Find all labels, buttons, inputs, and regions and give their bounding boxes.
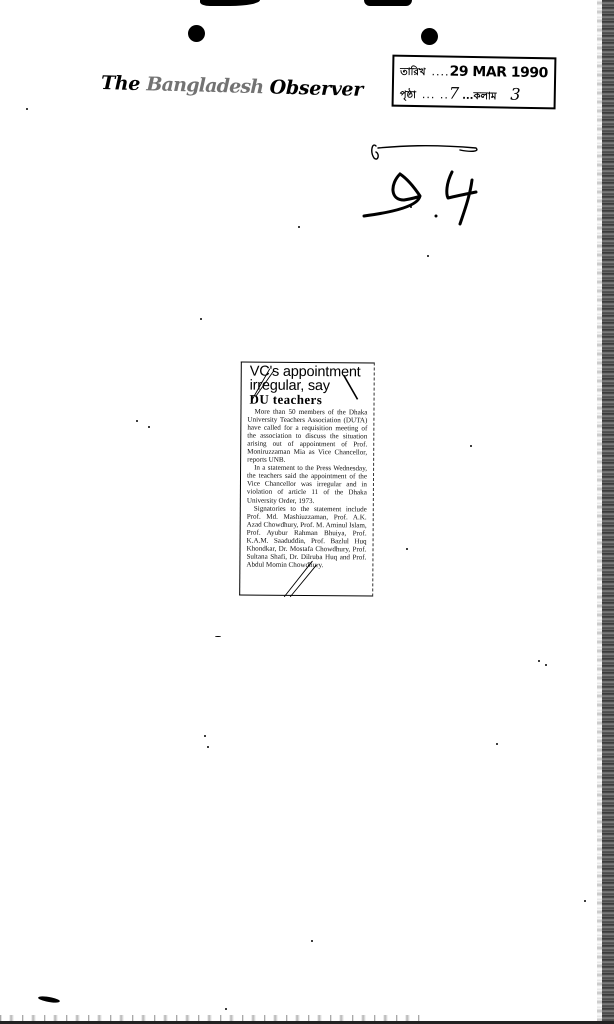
stamp-date-value: 29 MAR 1990 bbox=[449, 64, 548, 82]
scan-speck bbox=[538, 660, 540, 662]
news-clipping: VC's appointment irregular, say DU teach… bbox=[239, 362, 375, 597]
pen-strike-mark bbox=[282, 559, 318, 599]
scan-speck bbox=[584, 900, 586, 902]
stamp-column-label: ...কলাম bbox=[462, 91, 496, 103]
clipping-paragraph: In a statement to the Press Wednesday, t… bbox=[247, 464, 367, 505]
scan-speck bbox=[545, 664, 547, 666]
scan-speck bbox=[200, 318, 202, 320]
pen-strike-mark bbox=[250, 367, 278, 403]
scan-right-edge bbox=[602, 0, 614, 1024]
scan-speck bbox=[427, 255, 429, 257]
scanned-page: The Bangladesh Observer তারিখ....29 MAR … bbox=[0, 0, 614, 1024]
newspaper-masthead: The Bangladesh Observer bbox=[101, 72, 364, 101]
masthead-prefix: The bbox=[101, 72, 147, 95]
torn-top-edge bbox=[200, 0, 260, 6]
stamp-page-value: 7 bbox=[449, 84, 460, 103]
ink-smudge bbox=[38, 995, 61, 1004]
scan-speck bbox=[148, 426, 150, 428]
stamp-dots: ... .. bbox=[422, 88, 449, 101]
scan-speck bbox=[470, 445, 472, 447]
scan-speck bbox=[311, 940, 313, 942]
scan-speck bbox=[406, 548, 408, 550]
handwritten-number-94 bbox=[360, 140, 480, 230]
scan-speck bbox=[204, 735, 206, 737]
punch-hole bbox=[188, 25, 205, 42]
punch-hole bbox=[421, 28, 438, 45]
masthead-faded: Bangladesh bbox=[146, 73, 263, 98]
date-stamp: তারিখ....29 MAR 1990 পৃষ্ঠা... ..7...কলা… bbox=[392, 55, 557, 110]
stamp-column-value: 3 bbox=[510, 85, 521, 104]
scan-speck bbox=[26, 108, 28, 110]
stamp-page-row: পৃষ্ঠা... ..7...কলাম 3 bbox=[400, 83, 521, 107]
scan-speck bbox=[207, 746, 209, 748]
scan-speck bbox=[298, 226, 300, 228]
scan-speck bbox=[410, 206, 412, 208]
torn-top-edge bbox=[364, 0, 412, 6]
clipping-body: More than 50 members of the Dhaka Univer… bbox=[246, 408, 367, 570]
scan-speck bbox=[136, 420, 138, 422]
stamp-date-label: তারিখ bbox=[400, 65, 426, 82]
pen-strike-mark bbox=[342, 373, 360, 401]
stamp-date-row: তারিখ....29 MAR 1990 bbox=[400, 63, 548, 85]
stamp-page-label: পৃষ্ঠা bbox=[400, 88, 416, 105]
scan-speck bbox=[496, 743, 498, 745]
stamp-dots: .... bbox=[431, 65, 449, 78]
scan-speck bbox=[215, 636, 221, 637]
scan-speck bbox=[225, 1008, 227, 1010]
clipping-paragraph: More than 50 members of the Dhaka Univer… bbox=[247, 408, 367, 465]
masthead-suffix: Observer bbox=[263, 76, 363, 101]
